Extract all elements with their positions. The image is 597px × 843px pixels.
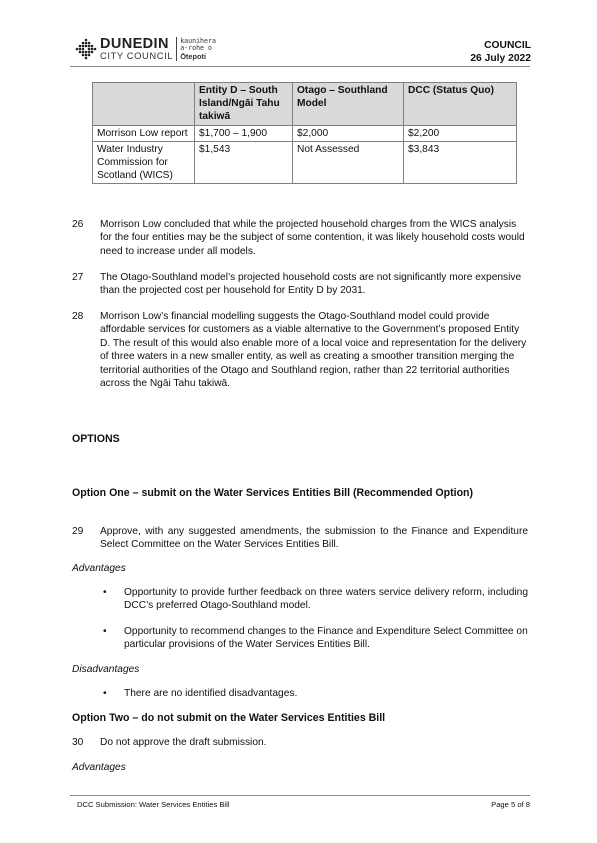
paragraph-text: The Otago-Southland model’s projected ho… xyxy=(100,271,528,298)
logo-divider xyxy=(176,37,177,61)
paragraph-number: 26 xyxy=(72,218,100,258)
advantage-item: Opportunity to recommend changes to the … xyxy=(124,625,528,652)
table-cell: $2,200 xyxy=(404,125,517,141)
footer-title: DCC Submission: Water Services Entities … xyxy=(77,798,229,811)
logo-maori-3: Ōtepoti xyxy=(180,53,216,61)
disadvantages-label: Disadvantages xyxy=(72,663,139,676)
advantages-label: Advantages xyxy=(72,562,126,575)
table-header-cell xyxy=(93,83,195,126)
header-rule xyxy=(70,66,530,67)
table-row: Morrison Low report $1,700 – 1,900 $2,00… xyxy=(93,125,517,141)
logo-city-council: CITY COUNCIL xyxy=(100,51,173,61)
advantage-item: Opportunity to provide further feedback … xyxy=(124,586,528,613)
meeting-info: COUNCIL 26 July 2022 xyxy=(470,39,531,65)
options-heading: OPTIONS xyxy=(72,433,120,446)
table-row: Water Industry Commission for Scotland (… xyxy=(93,141,517,184)
table-cell: Morrison Low report xyxy=(93,125,195,141)
table-cell: $1,543 xyxy=(195,141,293,184)
dunedin-dot-logo-icon xyxy=(75,38,97,60)
bullet-icon: • xyxy=(103,687,107,700)
paragraph-number: 28 xyxy=(72,310,100,390)
paragraph-number: 27 xyxy=(72,271,100,298)
paragraph-29: 29 Approve, with any suggested amendment… xyxy=(72,525,528,552)
paragraph-text: Approve, with any suggested amendments, … xyxy=(100,525,528,552)
paragraph-text: Do not approve the draft submission. xyxy=(100,736,528,749)
table-cell: $2,000 xyxy=(293,125,404,141)
table-cell: Water Industry Commission for Scotland (… xyxy=(93,141,195,184)
table-cell: $1,700 – 1,900 xyxy=(195,125,293,141)
paragraph-26: 26 Morrison Low concluded that while the… xyxy=(72,218,528,258)
paragraph-text: Morrison Low concluded that while the pr… xyxy=(100,218,528,258)
paragraph-30: 30 Do not approve the draft submission. xyxy=(72,736,528,749)
paragraph-text: Morrison Low’s financial modelling sugge… xyxy=(100,310,528,390)
paragraph-number: 29 xyxy=(72,525,100,552)
meeting-date: 26 July 2022 xyxy=(470,52,531,65)
table-cell: Not Assessed xyxy=(293,141,404,184)
page-number: Page 5 of 8 xyxy=(491,798,530,811)
advantages-label: Advantages xyxy=(72,761,126,774)
meeting-name: COUNCIL xyxy=(470,39,531,52)
table-header-cell: Otago – Southland Model xyxy=(293,83,404,126)
logo-dunedin: DUNEDIN xyxy=(100,38,173,51)
cost-comparison-table: Entity D – South Island/Ngāi Tahu takiwā… xyxy=(92,82,517,184)
paragraph-28: 28 Morrison Low’s financial modelling su… xyxy=(72,310,528,390)
dcc-logo: DUNEDIN CITY COUNCIL kaunihera a-rohe o … xyxy=(75,37,216,61)
table-header-cell: DCC (Status Quo) xyxy=(404,83,517,126)
bullet-icon: • xyxy=(103,586,107,599)
table-cell: $3,843 xyxy=(404,141,517,184)
paragraph-27: 27 The Otago-Southland model’s projected… xyxy=(72,271,528,298)
option-one-heading: Option One – submit on the Water Service… xyxy=(72,487,473,500)
footer-rule xyxy=(70,795,530,796)
bullet-icon: • xyxy=(103,625,107,638)
table-header-cell: Entity D – South Island/Ngāi Tahu takiwā xyxy=(195,83,293,126)
option-two-heading: Option Two – do not submit on the Water … xyxy=(72,712,385,725)
disadvantage-item: There are no identified disadvantages. xyxy=(124,687,528,700)
paragraph-number: 30 xyxy=(72,736,100,749)
table-header-row: Entity D – South Island/Ngāi Tahu takiwā… xyxy=(93,83,517,126)
